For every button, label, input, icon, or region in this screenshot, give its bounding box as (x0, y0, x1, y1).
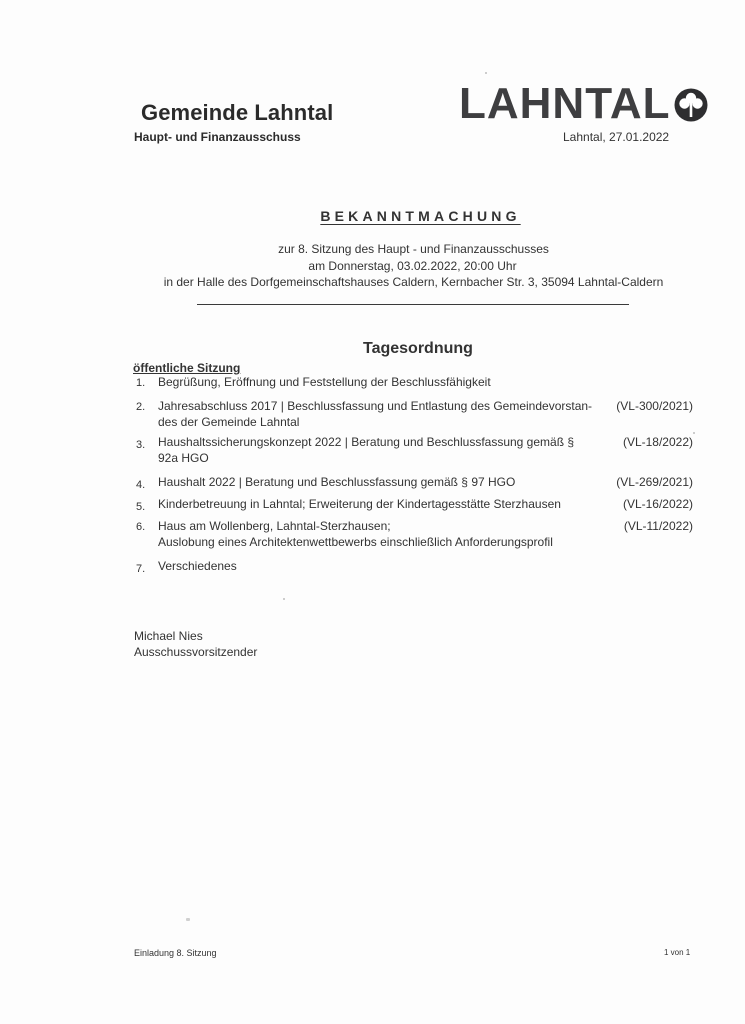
agenda-item-text: Kinderbetreuung in Lahntal; Erweiterung … (158, 496, 598, 512)
agenda-item-text: Begrüßung, Eröffnung und Feststellung de… (158, 374, 598, 390)
committee-name: Haupt- und Finanzausschuss (134, 130, 301, 144)
agenda-item-number: 1. (136, 375, 145, 391)
agenda-item-text-line2: 92a HGO (158, 450, 598, 466)
agenda-item: 3. Haushaltssicherungskonzept 2022 | Ber… (133, 434, 693, 468)
agenda-item-number: 5. (136, 499, 145, 515)
agenda-item-text-line2: Auslobung eines Architektenwettbewerbs e… (158, 534, 598, 550)
agenda-item: 2. Jahresabschluss 2017 | Beschlussfassu… (133, 398, 693, 432)
agenda-item-number: 4. (136, 477, 145, 493)
scan-speck (186, 918, 190, 921)
agenda-item-reference: (VL-18/2022) (623, 434, 693, 450)
agenda-title: Tagesordnung (363, 340, 473, 358)
agenda-item-number: 7. (136, 561, 145, 577)
scan-speck (485, 72, 487, 74)
announcement-title-text: BEKANNTMACHUNG (224, 208, 520, 224)
scan-speck (283, 598, 285, 600)
meeting-datetime: am Donnerstag, 03.02.2022, 20:00 Uhr (0, 259, 745, 273)
footer-page-number: 1 von 1 (664, 948, 690, 957)
agenda-item-reference: (VL-269/2021) (616, 474, 693, 490)
agenda-item-reference: (VL-11/2022) (624, 518, 693, 534)
agenda-item-reference: (VL-300/2021) (616, 398, 693, 414)
logo-text: LAHNTAL (459, 82, 670, 126)
agenda-item-number: 6. (136, 519, 145, 535)
agenda-item-text-line1: Jahresabschluss 2017 | Beschlussfassung … (158, 398, 598, 414)
place-date: Lahntal, 27.01.2022 (563, 130, 669, 144)
footer-document-name: Einladung 8. Sitzung (134, 948, 217, 958)
municipality-logo: LAHNTAL (459, 82, 708, 126)
agenda-item-number: 2. (136, 399, 145, 415)
agenda-item-number: 3. (136, 437, 145, 453)
meeting-subject: zur 8. Sitzung des Haupt - und Finanzaus… (0, 242, 745, 256)
signer-name: Michael Nies (134, 629, 203, 643)
organization-name: Gemeinde Lahntal (141, 100, 333, 126)
signer-role: Ausschussvorsitzender (134, 645, 257, 659)
document-page: Gemeinde Lahntal Haupt- und Finanzaussch… (0, 0, 745, 1024)
agenda-item-text: Verschiedenes (158, 558, 598, 574)
divider-line (197, 304, 629, 305)
session-label: öffentliche Sitzung (133, 361, 240, 375)
announcement-title: BEKANNTMACHUNG (0, 208, 745, 224)
scan-speck (693, 432, 695, 434)
agenda-item-text-line2: des der Gemeinde Lahntal (158, 414, 598, 430)
cloverleaf-icon (674, 88, 708, 122)
agenda-item-reference: (VL-16/2022) (623, 496, 693, 512)
meeting-location: in der Halle des Dorfgemeinschaftshauses… (0, 275, 745, 289)
agenda-item-text: Haushalt 2022 | Beratung und Beschlussfa… (158, 474, 598, 490)
agenda-item-text-line1: Haushaltssicherungskonzept 2022 | Beratu… (158, 434, 598, 450)
agenda-item: 6. Haus am Wollenberg, Lahntal-Sterzhaus… (133, 518, 693, 552)
agenda-item-text-line1: Haus am Wollenberg, Lahntal-Sterzhausen; (158, 518, 598, 534)
